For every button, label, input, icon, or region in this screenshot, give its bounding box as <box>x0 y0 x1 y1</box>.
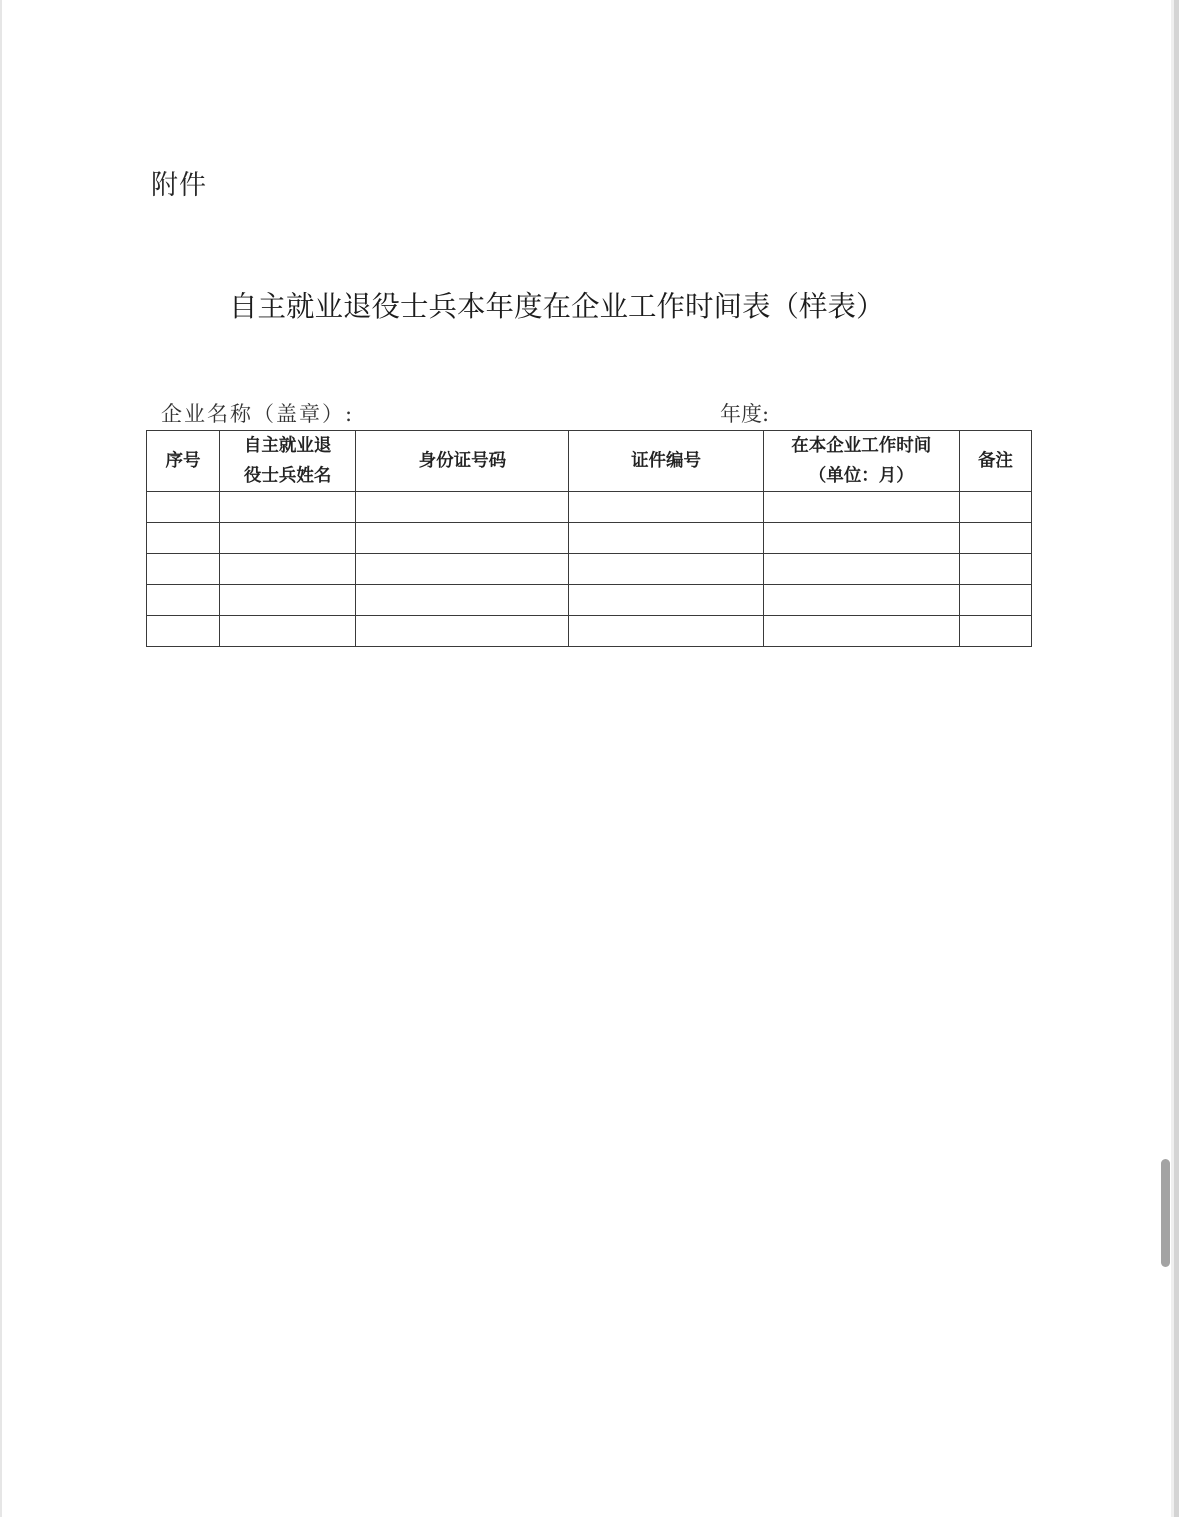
cell-sequence <box>147 492 220 523</box>
cell-remarks <box>959 616 1031 647</box>
cell-work-time <box>763 523 959 554</box>
cell-certificate <box>569 492 763 523</box>
company-name-label: 企业名称（盖章）: <box>161 398 354 428</box>
vertical-scrollbar-thumb[interactable] <box>1161 1159 1170 1267</box>
cell-name <box>220 616 356 647</box>
page-edge-right <box>1174 0 1179 1517</box>
header-sequence-number: 序号 <box>147 431 220 492</box>
header-id-number: 身份证号码 <box>356 431 569 492</box>
cell-name <box>220 554 356 585</box>
cell-id-number <box>356 492 569 523</box>
cell-remarks <box>959 523 1031 554</box>
cell-certificate <box>569 616 763 647</box>
year-label: 年度: <box>720 398 769 428</box>
cell-remarks <box>959 492 1031 523</box>
cell-remarks <box>959 585 1031 616</box>
cell-work-time <box>763 554 959 585</box>
header-remarks: 备注 <box>959 431 1031 492</box>
table-row <box>147 523 1032 554</box>
cell-certificate <box>569 523 763 554</box>
cell-certificate <box>569 585 763 616</box>
header-certificate-number: 证件编号 <box>569 431 763 492</box>
page-edge-left <box>0 0 2 1517</box>
table-row <box>147 616 1032 647</box>
cell-id-number <box>356 554 569 585</box>
header-work-time: 在本企业工作时间 （单位：月） <box>763 431 959 492</box>
cell-id-number <box>356 523 569 554</box>
cell-name <box>220 492 356 523</box>
cell-sequence <box>147 616 220 647</box>
cell-certificate <box>569 554 763 585</box>
header-veteran-name: 自主就业退 役士兵姓名 <box>220 431 356 492</box>
cell-name <box>220 523 356 554</box>
cell-work-time <box>763 585 959 616</box>
cell-name <box>220 585 356 616</box>
cell-work-time <box>763 492 959 523</box>
cell-sequence <box>147 585 220 616</box>
table-row <box>147 585 1032 616</box>
table-row <box>147 554 1032 585</box>
cell-id-number <box>356 616 569 647</box>
table-header-row: 序号 自主就业退 役士兵姓名 身份证号码 证件编号 在本企业工作时间 （单位：月… <box>147 431 1032 492</box>
cell-sequence <box>147 554 220 585</box>
attachment-label: 附件 <box>151 163 207 202</box>
document-title: 自主就业退役士兵本年度在企业工作时间表（样表） <box>229 284 949 325</box>
table-row <box>147 492 1032 523</box>
cell-id-number <box>356 585 569 616</box>
cell-work-time <box>763 616 959 647</box>
cell-sequence <box>147 523 220 554</box>
work-time-table: 序号 自主就业退 役士兵姓名 身份证号码 证件编号 在本企业工作时间 （单位：月… <box>146 430 1032 647</box>
cell-remarks <box>959 554 1031 585</box>
